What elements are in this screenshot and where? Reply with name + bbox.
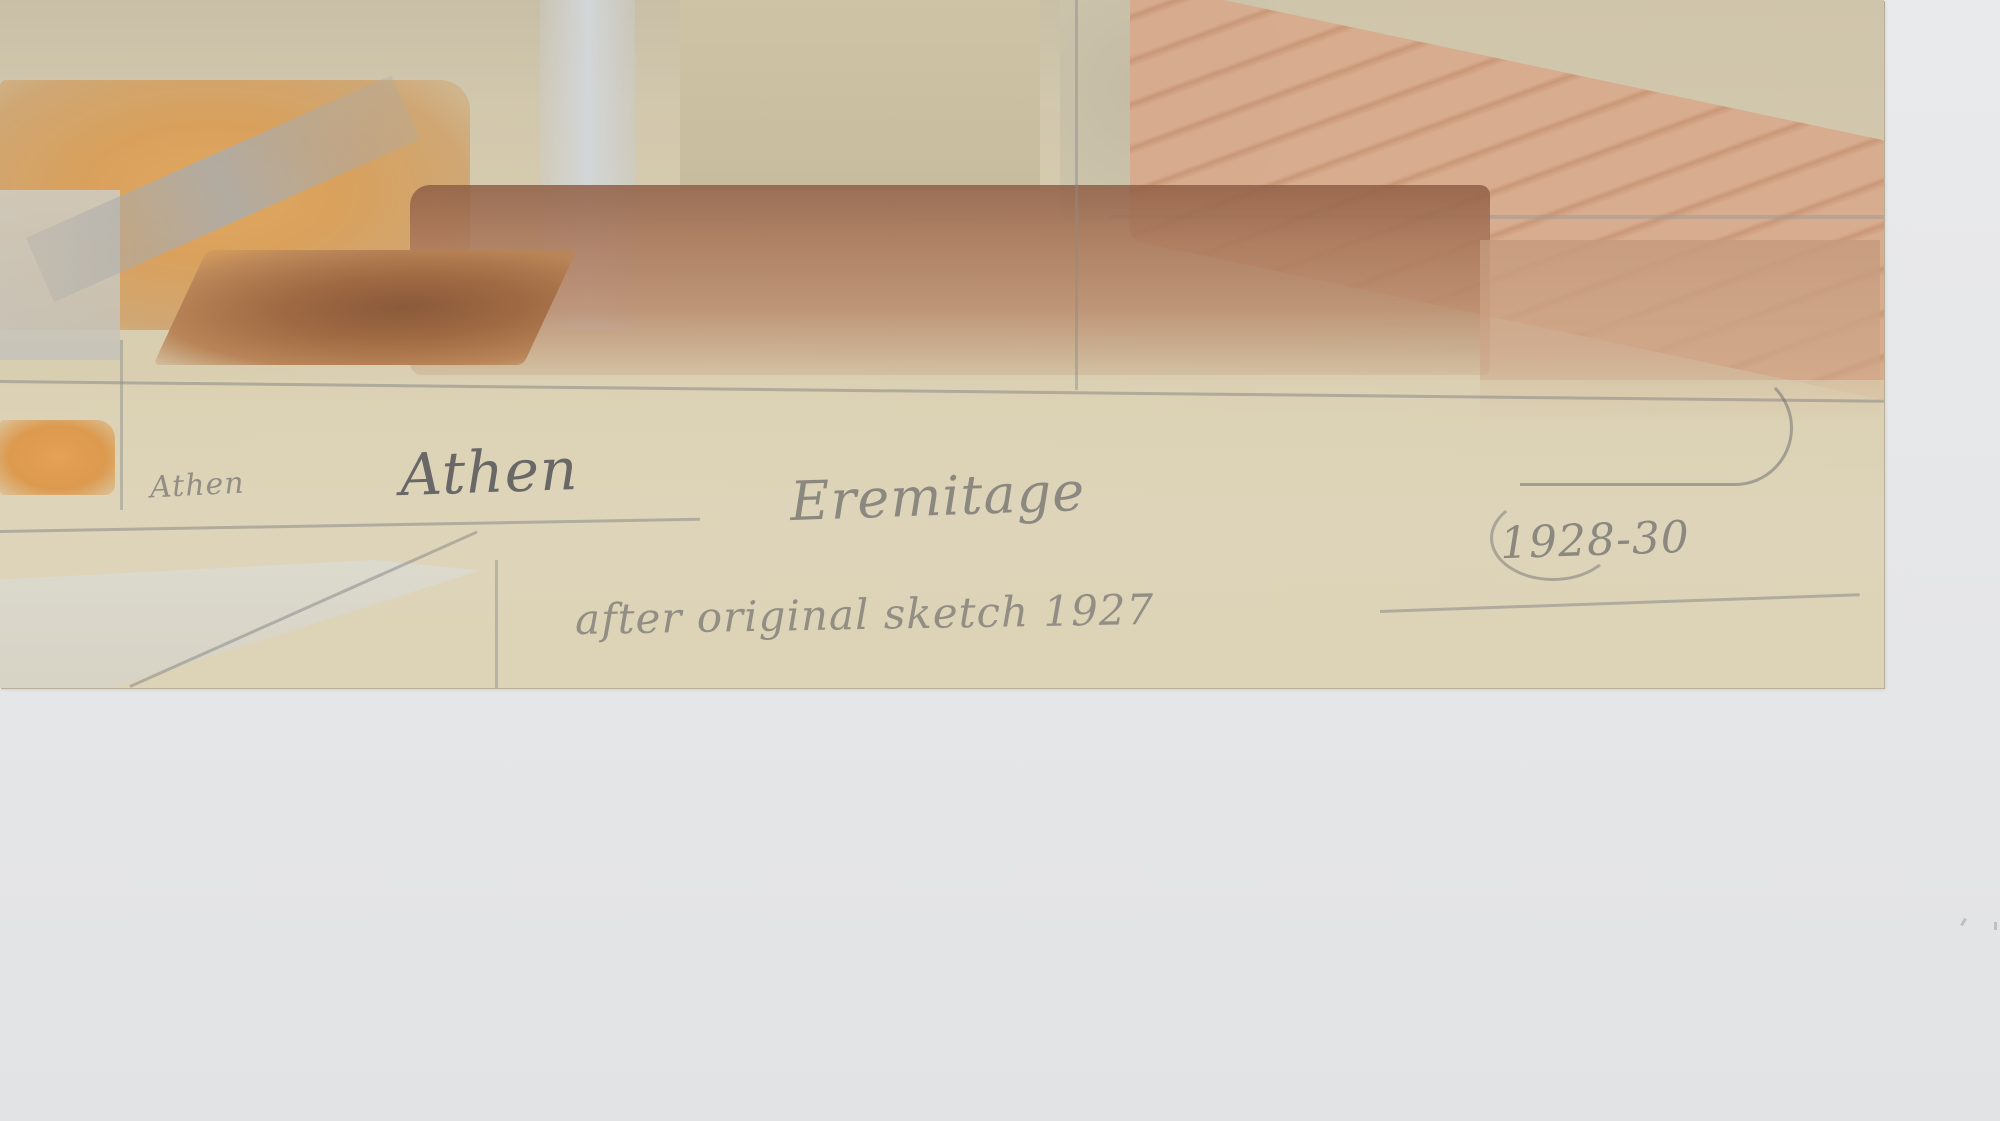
signature-flourish bbox=[1520, 370, 1793, 486]
brown-roof-band bbox=[410, 185, 1490, 375]
beige-building-block bbox=[680, 0, 1040, 190]
dark-brown-roof bbox=[153, 250, 577, 365]
inscription-note: after original sketch 1927 bbox=[575, 585, 1155, 644]
watercolor-painting: Athen Athen Eremitage 1928-30 after orig… bbox=[0, 0, 1884, 688]
mount-speck bbox=[1994, 922, 1997, 930]
inscription-city: Athen bbox=[399, 435, 579, 509]
ochre-patch bbox=[0, 420, 115, 495]
inscription-small: Athen bbox=[149, 466, 245, 506]
inscription-date: 1928-30 bbox=[1499, 512, 1691, 570]
inscription-title: Eremitage bbox=[789, 460, 1086, 533]
pencil-stroke bbox=[495, 560, 498, 688]
pencil-stroke bbox=[120, 340, 123, 510]
pencil-stroke bbox=[1075, 0, 1078, 390]
